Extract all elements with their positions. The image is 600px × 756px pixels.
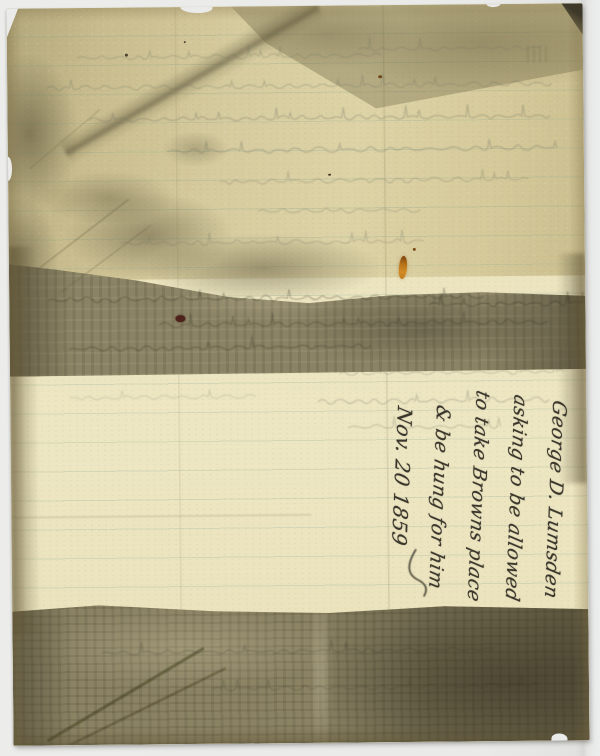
edge-vignette xyxy=(6,3,589,745)
letter-paper: George D. Lumsden asking to be allowed t… xyxy=(6,3,589,745)
torn-edge-notch xyxy=(551,733,568,744)
scanner-background: George D. Lumsden asking to be allowed t… xyxy=(0,0,600,756)
